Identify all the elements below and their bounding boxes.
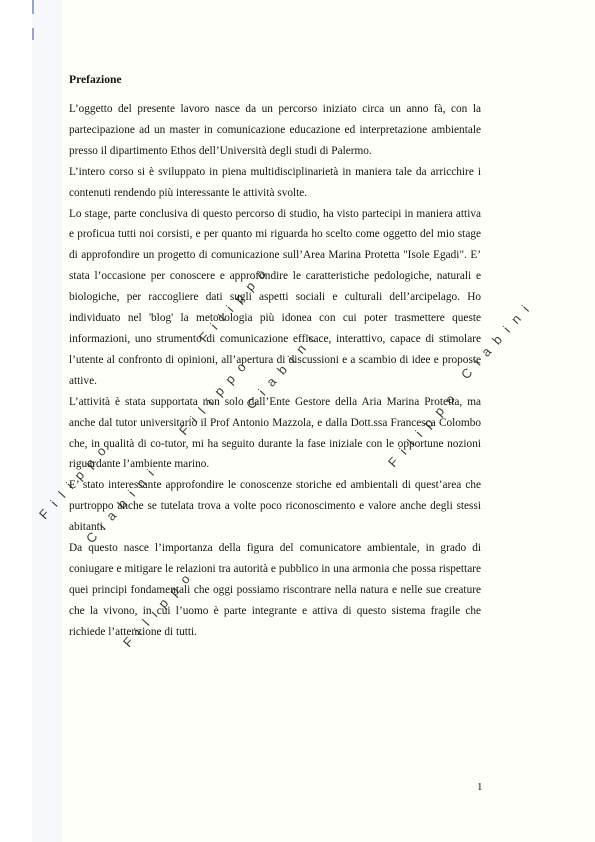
paragraph: E’ stato interessante approfondire le co… (69, 475, 481, 538)
scan-margin (0, 0, 32, 842)
scan-artifact (32, 28, 34, 40)
scan-edge (32, 0, 62, 842)
paragraph: L’attività è stata supportata non solo d… (69, 392, 481, 476)
document-page-right (522, 0, 595, 842)
document-body: Prefazione L’oggetto del presente lavoro… (69, 71, 481, 643)
paragraph: L’intero corso si è sviluppato in piena … (69, 162, 481, 204)
paragraph: Lo stage, parte conclusiva di questo per… (69, 204, 481, 392)
page-title: Prefazione (69, 71, 481, 89)
page-number: 1 (477, 781, 483, 793)
paragraph: Da questo nasce l’importanza della figur… (69, 538, 481, 643)
scan-artifact (32, 0, 34, 14)
paragraph: L’oggetto del presente lavoro nasce da u… (69, 99, 481, 162)
